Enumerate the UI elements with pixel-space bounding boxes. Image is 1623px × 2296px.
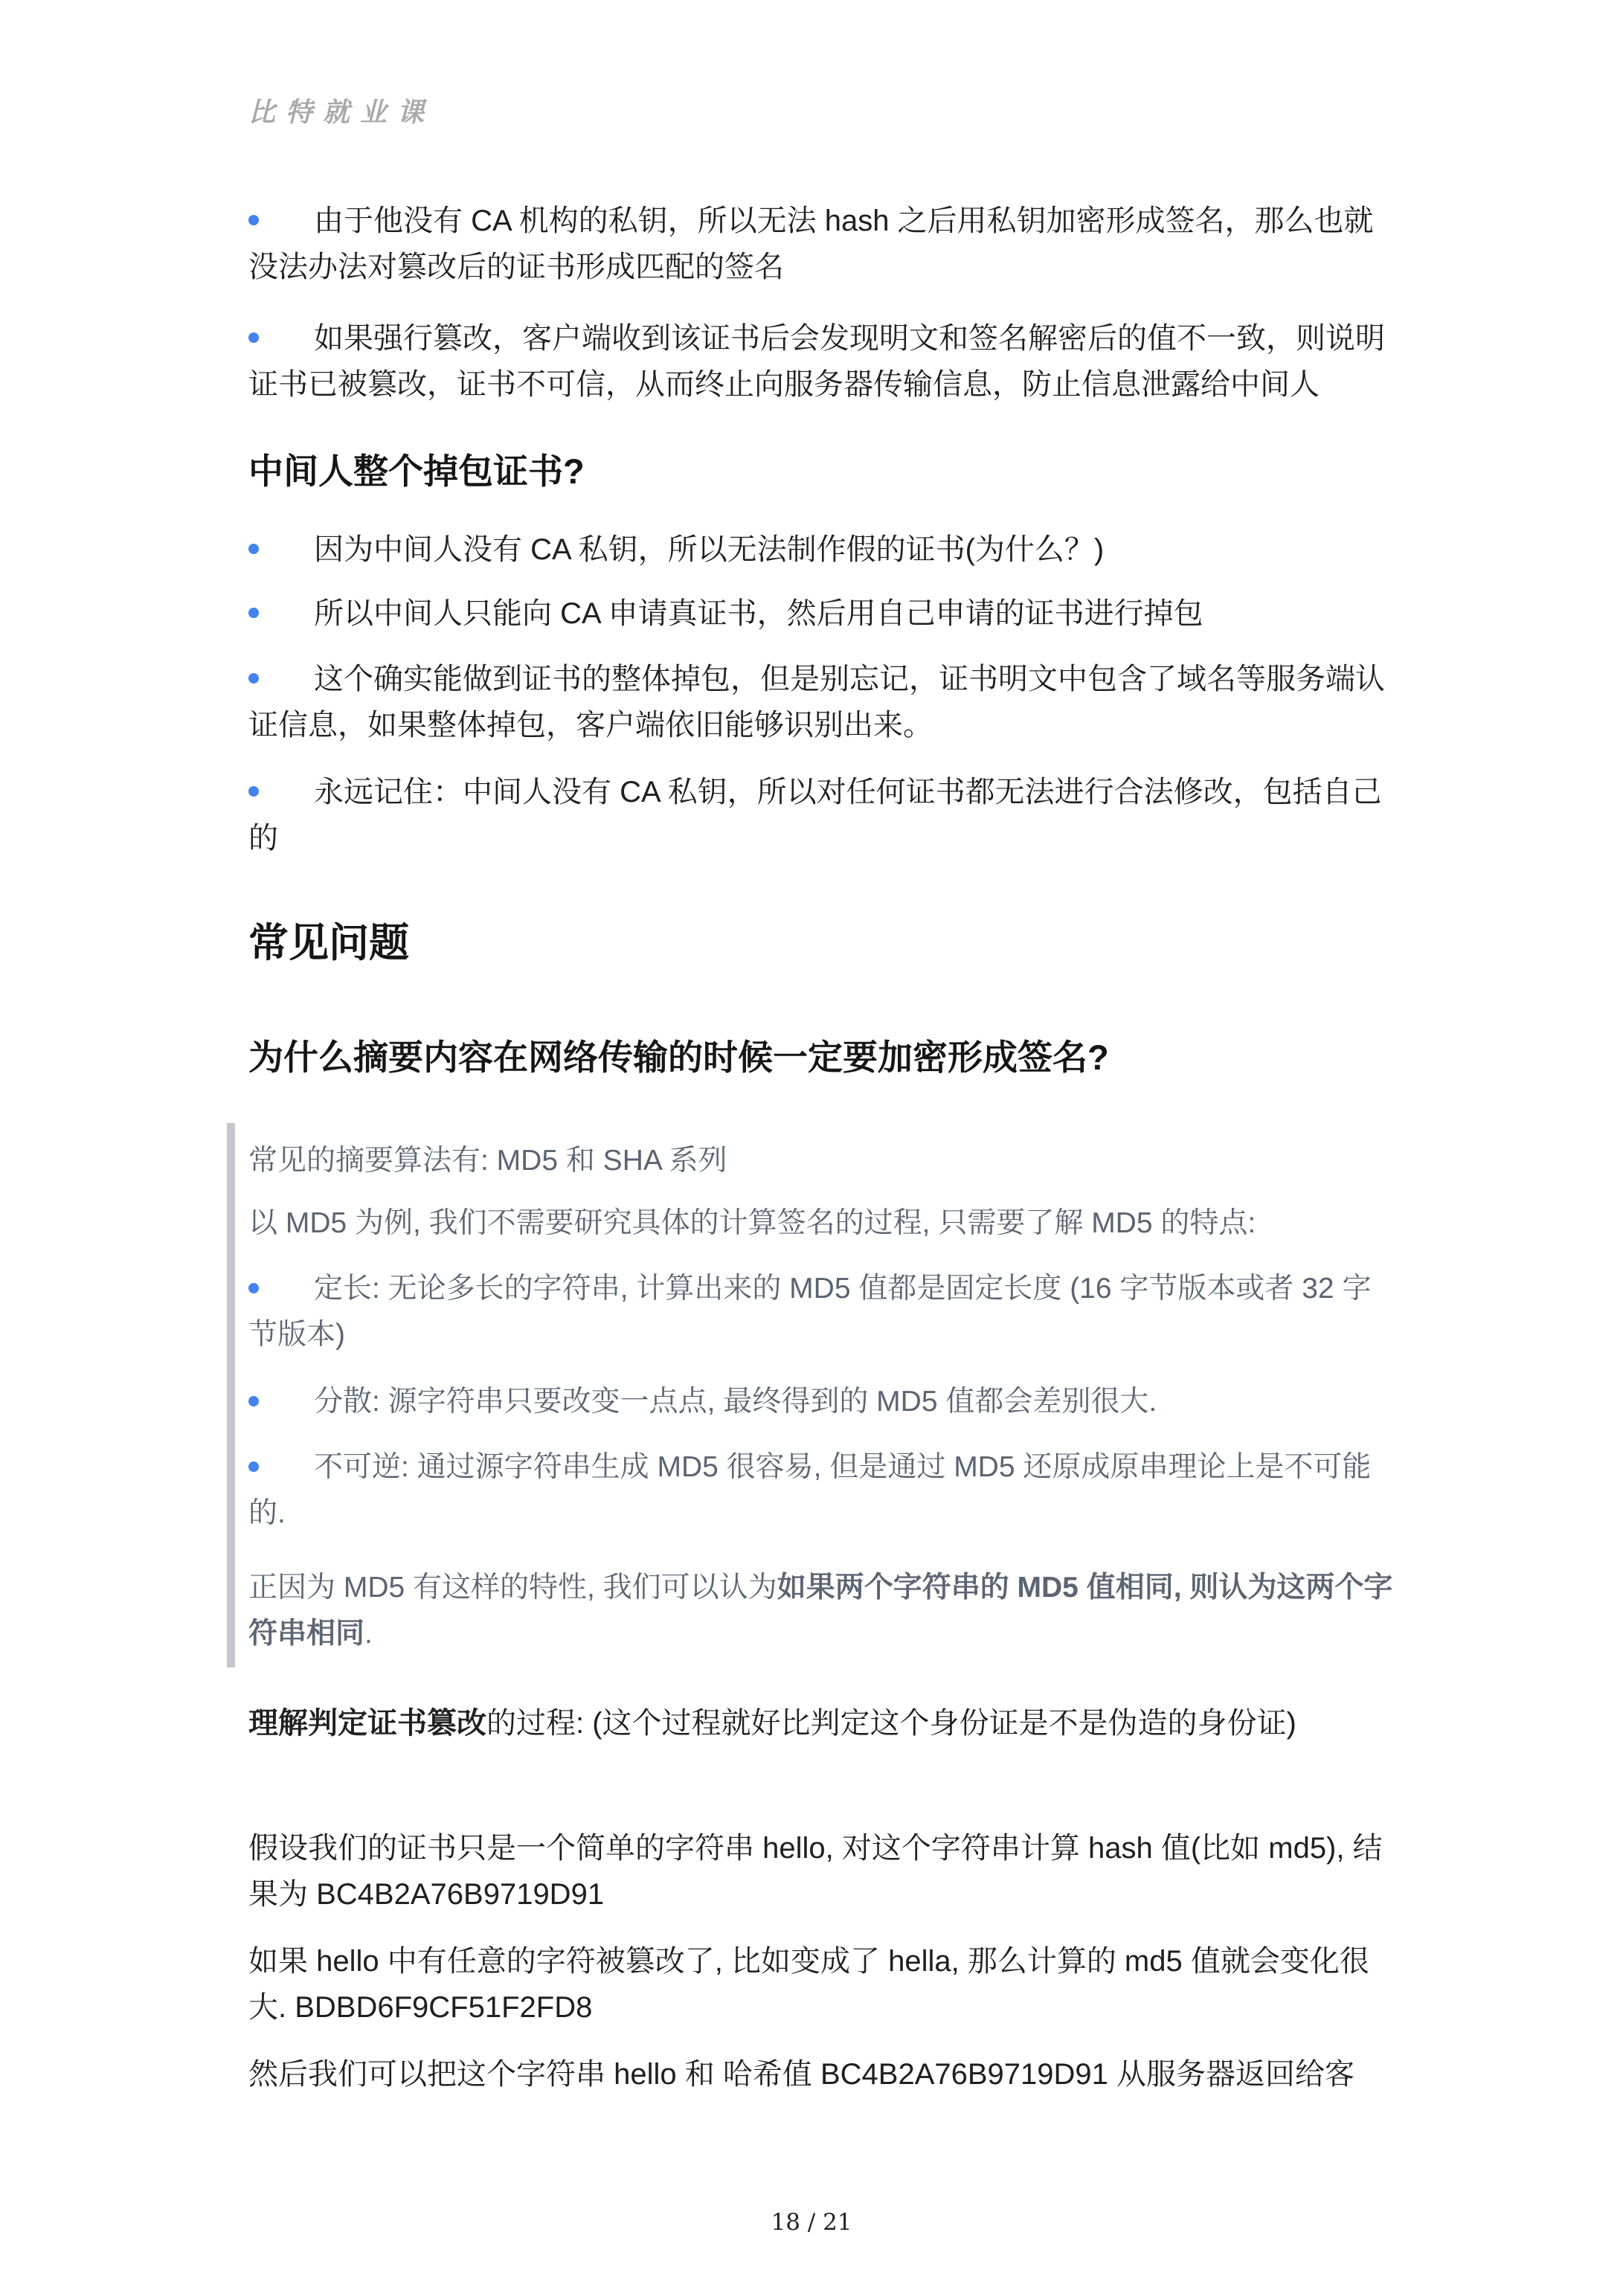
bullet-dot-icon (248, 544, 259, 554)
section-heading-certificate-swap: 中间人整个掉包证书? (248, 446, 1395, 497)
bullet-dot-icon (248, 1396, 259, 1406)
list-item: 由于他没有 CA 机构的私钥，所以无法 hash 之后用私钥加密形成签名，那么也… (248, 198, 1395, 290)
understand-paragraph: 理解判定证书篡改的过程: (这个过程就好比判定这个身份证是不是伪造的身份证) (248, 1700, 1395, 1746)
list-item-text: 不可逆: 通过源字符串生成 MD5 很容易, 但是通过 MD5 还原成原串理论上… (248, 1451, 1371, 1529)
understand-bold-text: 理解判定证书篡改 (248, 1707, 486, 1740)
list-item: 所以中间人只能向 CA 申请真证书，然后用自己申请的证书进行掉包 (248, 591, 1395, 637)
quote-text-lead: 正因为 MD5 有这样的特性, 我们可以认为 (248, 1572, 777, 1604)
hash-paragraph-3: 然后我们可以把这个字符串 hello 和 哈希值 BC4B2A76B9719D9… (248, 2051, 1395, 2097)
list-item-text: 所以中间人只能向 CA 申请真证书，然后用自己申请的证书进行掉包 (314, 597, 1203, 630)
list-item-text: 因为中间人没有 CA 私钥，所以无法制作假的证书(为什么？) (314, 533, 1104, 566)
bullet-dot-icon (248, 673, 259, 684)
hash-paragraph-1: 假设我们的证书只是一个简单的字符串 hello, 对这个字符串计算 hash 值… (248, 1825, 1395, 1917)
heading-faq: 常见问题 (248, 915, 1395, 971)
bullet-dot-icon (248, 1283, 259, 1293)
quote-paragraph: 常见的摘要算法有: MD5 和 SHA 系列 (248, 1138, 1395, 1184)
quote-block: 常见的摘要算法有: MD5 和 SHA 系列 以 MD5 为例, 我们不需要研究… (227, 1123, 1395, 1668)
quote-paragraph: 以 MD5 为例, 我们不需要研究具体的计算签名的过程, 只需要了解 MD5 的… (248, 1200, 1395, 1247)
bullet-dot-icon (248, 1461, 259, 1472)
quote-list-item: 不可逆: 通过源字符串生成 MD5 很容易, 但是通过 MD5 还原成原串理论上… (248, 1444, 1395, 1537)
bullet-dot-icon (248, 608, 259, 618)
understand-rest-text: 的过程: (这个过程就好比判定这个身份证是不是伪造的身份证) (486, 1707, 1296, 1740)
hash-paragraph-2: 如果 hello 中有任意的字符被篡改了, 比如变成了 hella, 那么计算的… (248, 1938, 1395, 2030)
quote-paragraph: 正因为 MD5 有这样的特性, 我们可以认为如果两个字符串的 MD5 值相同, … (248, 1565, 1395, 1657)
bullet-dot-icon (248, 332, 259, 343)
watermark-text: 比特就业课 (248, 95, 1395, 129)
list-item-text: 这个确实能做到证书的整体掉包，但是别忘记，证书明文中包含了域名等服务端认证信息，… (248, 663, 1385, 742)
list-item: 这个确实能做到证书的整体掉包，但是别忘记，证书明文中包含了域名等服务端认证信息，… (248, 656, 1395, 748)
list-item-text: 分散: 源字符串只要改变一点点, 最终得到的 MD5 值都会差别很大. (314, 1386, 1157, 1418)
quote-text-tail: . (364, 1618, 373, 1650)
list-item: 因为中间人没有 CA 私钥，所以无法制作假的证书(为什么？) (248, 527, 1395, 573)
quote-list-item: 定长: 无论多长的字符串, 计算出来的 MD5 值都是固定长度 (16 字节版本… (248, 1266, 1395, 1358)
quote-list-item: 分散: 源字符串只要改变一点点, 最终得到的 MD5 值都会差别很大. (248, 1379, 1395, 1425)
list-item-text: 如果强行篡改，客户端收到该证书后会发现明文和签名解密后的值不一致，则说明证书已被… (248, 322, 1385, 401)
list-item-text: 由于他没有 CA 机构的私钥，所以无法 hash 之后用私钥加密形成签名，那么也… (248, 205, 1374, 283)
heading-question: 为什么摘要内容在网络传输的时候一定要加密形成签名? (248, 1032, 1395, 1083)
page-number: 18 / 21 (0, 2209, 1623, 2236)
list-item: 如果强行篡改，客户端收到该证书后会发现明文和签名解密后的值不一致，则说明证书已被… (248, 315, 1395, 408)
list-item: 永远记住：中间人没有 CA 私钥，所以对任何证书都无法进行合法修改，包括自己的 (248, 769, 1395, 861)
bullet-dot-icon (248, 215, 259, 225)
document-page: 比特就业课 由于他没有 CA 机构的私钥，所以无法 hash 之后用私钥加密形成… (0, 0, 1623, 2296)
bullet-dot-icon (248, 786, 259, 797)
list-item-text: 定长: 无论多长的字符串, 计算出来的 MD5 值都是固定长度 (16 字节版本… (248, 1273, 1371, 1351)
list-item-text: 永远记住：中间人没有 CA 私钥，所以对任何证书都无法进行合法修改，包括自己的 (248, 776, 1382, 855)
